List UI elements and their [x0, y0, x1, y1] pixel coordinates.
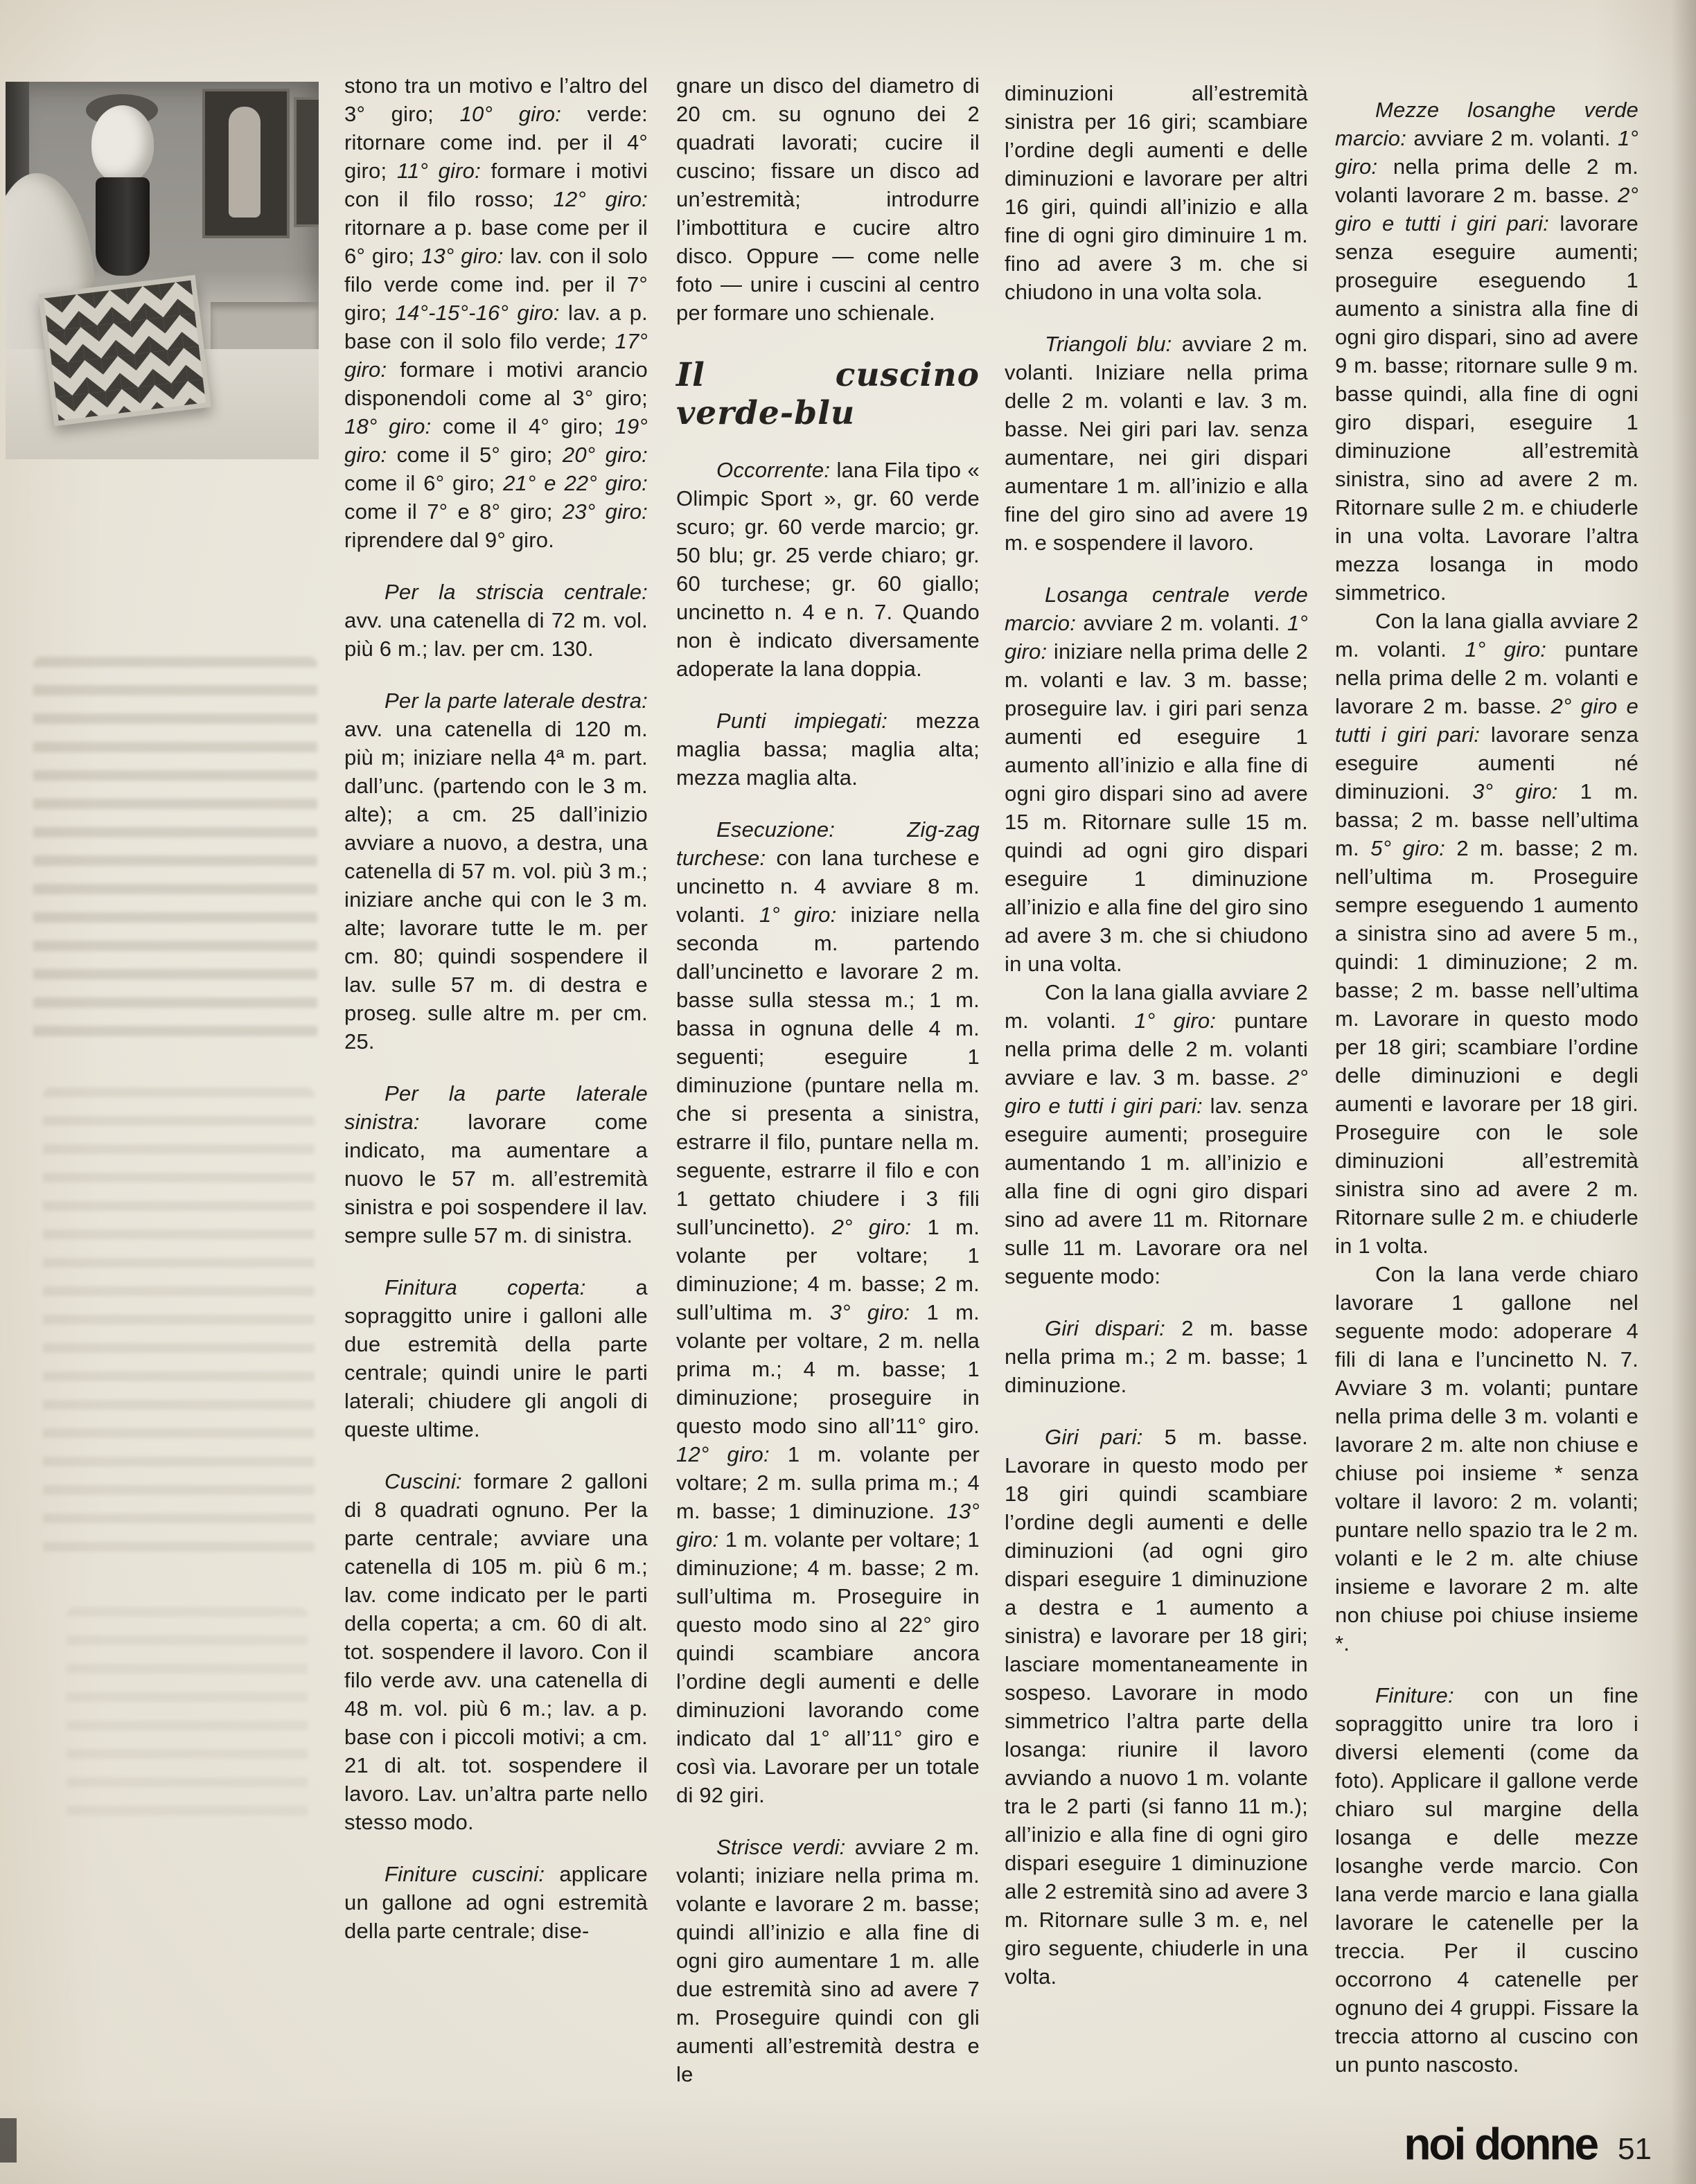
paragraph: Mezze losanghe verde marcio: avviare 2 m…: [1335, 96, 1638, 607]
text-run: nella prima delle 2 m. volanti lavorare …: [1335, 154, 1638, 207]
text-run: formare i motivi arancio disponendoli co…: [344, 357, 648, 410]
text-run: lana Fila tipo « Olimpic Sport », gr. 60…: [676, 458, 980, 681]
page-edge-mark: [0, 2118, 17, 2163]
italic-run: Giri dispari:: [1045, 1316, 1165, 1340]
paragraph: Con la lana gialla avviare 2 m. volanti.…: [1335, 607, 1638, 1260]
paragraph: diminuzioni all’estremità sinistra per 1…: [1005, 79, 1308, 306]
italic-run: Giri pari:: [1045, 1425, 1143, 1449]
text-run: con un fine sopraggitto unire tra loro i…: [1335, 1683, 1638, 2077]
text-run: iniziare nella prima delle 2 m. volanti …: [1005, 639, 1308, 976]
paragraph: Per la parte laterale destra: avv. una c…: [344, 686, 648, 1056]
paragraph: Giri dispari: 2 m. basse nella prima m.;…: [1005, 1314, 1308, 1399]
photo-framed-print: [205, 91, 287, 236]
paragraph: Per la parte laterale sinistra: lavorare…: [344, 1079, 648, 1250]
text-run: come il 4° giro;: [431, 414, 615, 438]
paragraph: Finiture: con un fine sopraggitto unire …: [1335, 1681, 1638, 2079]
paragraph: Con la lana verde chiaro lavorare 1 gall…: [1335, 1260, 1638, 1658]
text-run: avv. una catenella di 72 m. vol. più 6 m…: [344, 608, 648, 661]
text-run: lavorare senza eseguire aumenti; prosegu…: [1335, 211, 1638, 605]
italic-run: Per la striscia centrale:: [385, 580, 648, 604]
text-run: avviare 2 m. volanti; iniziare nella pri…: [676, 1835, 980, 2086]
italic-run: 2° giro:: [832, 1215, 912, 1239]
section-heading: Il cuscino verde-blu: [676, 356, 980, 432]
italic-run: 3° giro:: [830, 1300, 910, 1324]
paragraph: gnare un disco del diametro di 20 cm. su…: [676, 71, 980, 327]
paragraph: Con la lana gialla avviare 2 m. volanti.…: [1005, 978, 1308, 1290]
text-run: avviare 2 m. volanti. Iniziare nella pri…: [1005, 332, 1308, 555]
text-run: gnare un disco del diametro di 20 cm. su…: [676, 73, 980, 325]
magazine-logo: noi donne: [1404, 2118, 1597, 2169]
italic-run: 23° giro:: [563, 499, 648, 524]
text-run: riprendere dal 9° giro.: [344, 528, 554, 552]
italic-run: 14°-15°-16° giro:: [396, 301, 560, 325]
photo-zigzag-cushion: [38, 275, 211, 426]
italic-run: Finiture cuscini:: [385, 1862, 545, 1886]
paragraph: Strisce verdi: avviare 2 m. volanti; ini…: [676, 1833, 980, 2088]
italic-run: 12° giro:: [676, 1442, 770, 1466]
italic-run: Finitura coperta:: [385, 1275, 586, 1299]
paragraph: Losanga centrale verde marcio: avviare 2…: [1005, 580, 1308, 978]
text-column-1: stono tra un motivo e l’altro del 3° gir…: [344, 71, 648, 1945]
interior-photo: [6, 82, 319, 459]
text-run: lav. senza eseguire aumenti; proseguire …: [1005, 1094, 1308, 1288]
italic-run: 1° giro:: [1134, 1009, 1216, 1033]
italic-run: 5° giro:: [1370, 836, 1445, 860]
italic-run: 13° giro:: [421, 244, 504, 268]
paragraph: Finiture cuscini: applicare un gallone a…: [344, 1860, 648, 1945]
italic-run: 1° giro:: [759, 903, 836, 927]
italic-run: Punti impiegati:: [716, 709, 887, 733]
magazine-page: stono tra un motivo e l’altro del 3° gir…: [0, 0, 1696, 2184]
text-column-3: diminuzioni all’estremità sinistra per 1…: [1005, 79, 1308, 1991]
paragraph: Cuscini: formare 2 galloni di 8 quadrati…: [344, 1467, 648, 1836]
photo-framed-print-2: [297, 100, 319, 224]
italic-run: Per la parte laterale destra:: [385, 689, 648, 713]
photo-stand: [96, 177, 150, 276]
page-number: 51: [1618, 2132, 1652, 2167]
page-scan-edge: [1671, 0, 1696, 2184]
text-run: iniziare nella seconda m. partendo dall’…: [676, 903, 980, 1239]
photo-shelf: [211, 302, 319, 350]
italic-run: 18° giro:: [344, 414, 431, 438]
italic-run: Occorrente:: [716, 458, 830, 482]
paragraph: Occorrente: lana Fila tipo « Olimpic Spo…: [676, 456, 980, 683]
paragraph: Triangoli blu: avviare 2 m. volanti. Ini…: [1005, 330, 1308, 557]
text-column-2: gnare un disco del diametro di 20 cm. su…: [676, 71, 980, 2088]
paragraph: Finitura coperta: a sopraggitto unire i …: [344, 1273, 648, 1444]
italic-run: Triangoli blu:: [1045, 332, 1172, 356]
text-run: come il 6° giro;: [344, 471, 503, 495]
photo-print-figure: [229, 107, 260, 217]
bleed-through-text: [33, 657, 317, 1051]
text-run: Con la lana verde chiaro lavorare 1 gall…: [1335, 1262, 1638, 1655]
text-run: 5 m. basse. Lavorare in questo modo per …: [1005, 1425, 1308, 1989]
italic-run: 21° e 22° giro:: [503, 471, 648, 495]
text-run: diminuzioni all’estremità sinistra per 1…: [1005, 81, 1308, 304]
text-run: a sopraggitto unire i galloni alle due e…: [344, 1275, 648, 1441]
text-column-4: Mezze losanghe verde marcio: avviare 2 m…: [1335, 96, 1638, 2079]
text-run: avviare 2 m. volanti.: [1076, 611, 1287, 635]
italic-run: 20° giro:: [563, 443, 648, 467]
italic-run: 1° giro:: [1465, 637, 1546, 662]
text-run: formare 2 galloni di 8 quadrati ognuno. …: [344, 1469, 648, 1834]
bleed-through-text: [67, 1607, 308, 1829]
paragraph: Per la striscia centrale: avv. una caten…: [344, 578, 648, 663]
italic-run: 11° giro:: [397, 159, 481, 183]
text-run: avviare 2 m. volanti.: [1406, 126, 1618, 150]
bleed-through-text: [43, 1087, 315, 1565]
text-run: come il 5° giro;: [387, 443, 563, 467]
text-run: 1 m. volante per voltare; 1 diminuzione;…: [676, 1527, 980, 1807]
text-run: come il 7° e 8° giro;: [344, 499, 563, 524]
italic-run: Cuscini:: [385, 1469, 462, 1493]
italic-run: 10° giro:: [460, 102, 561, 126]
paragraph: Esecuzione: Zig-zag turchese: con lana t…: [676, 815, 980, 1809]
paragraph: Giri pari: 5 m. basse. Lavorare in quest…: [1005, 1423, 1308, 1991]
italic-run: Strisce verdi:: [716, 1835, 845, 1859]
paragraph: stono tra un motivo e l’altro del 3° gir…: [344, 71, 648, 554]
paragraph: Punti impiegati: mezza maglia bassa; mag…: [676, 707, 980, 792]
page-footer: noi donne 51: [1404, 2118, 1652, 2169]
text-run: avv. una catenella di 120 m. più m; iniz…: [344, 717, 648, 1054]
text-run: 2 m. basse; 2 m. nell’ultima m. Prosegui…: [1335, 836, 1638, 1258]
photo-mannequin-head: [91, 105, 154, 183]
italic-run: 3° giro:: [1472, 779, 1557, 804]
italic-run: 12° giro:: [554, 187, 648, 211]
italic-run: Finiture:: [1375, 1683, 1454, 1707]
